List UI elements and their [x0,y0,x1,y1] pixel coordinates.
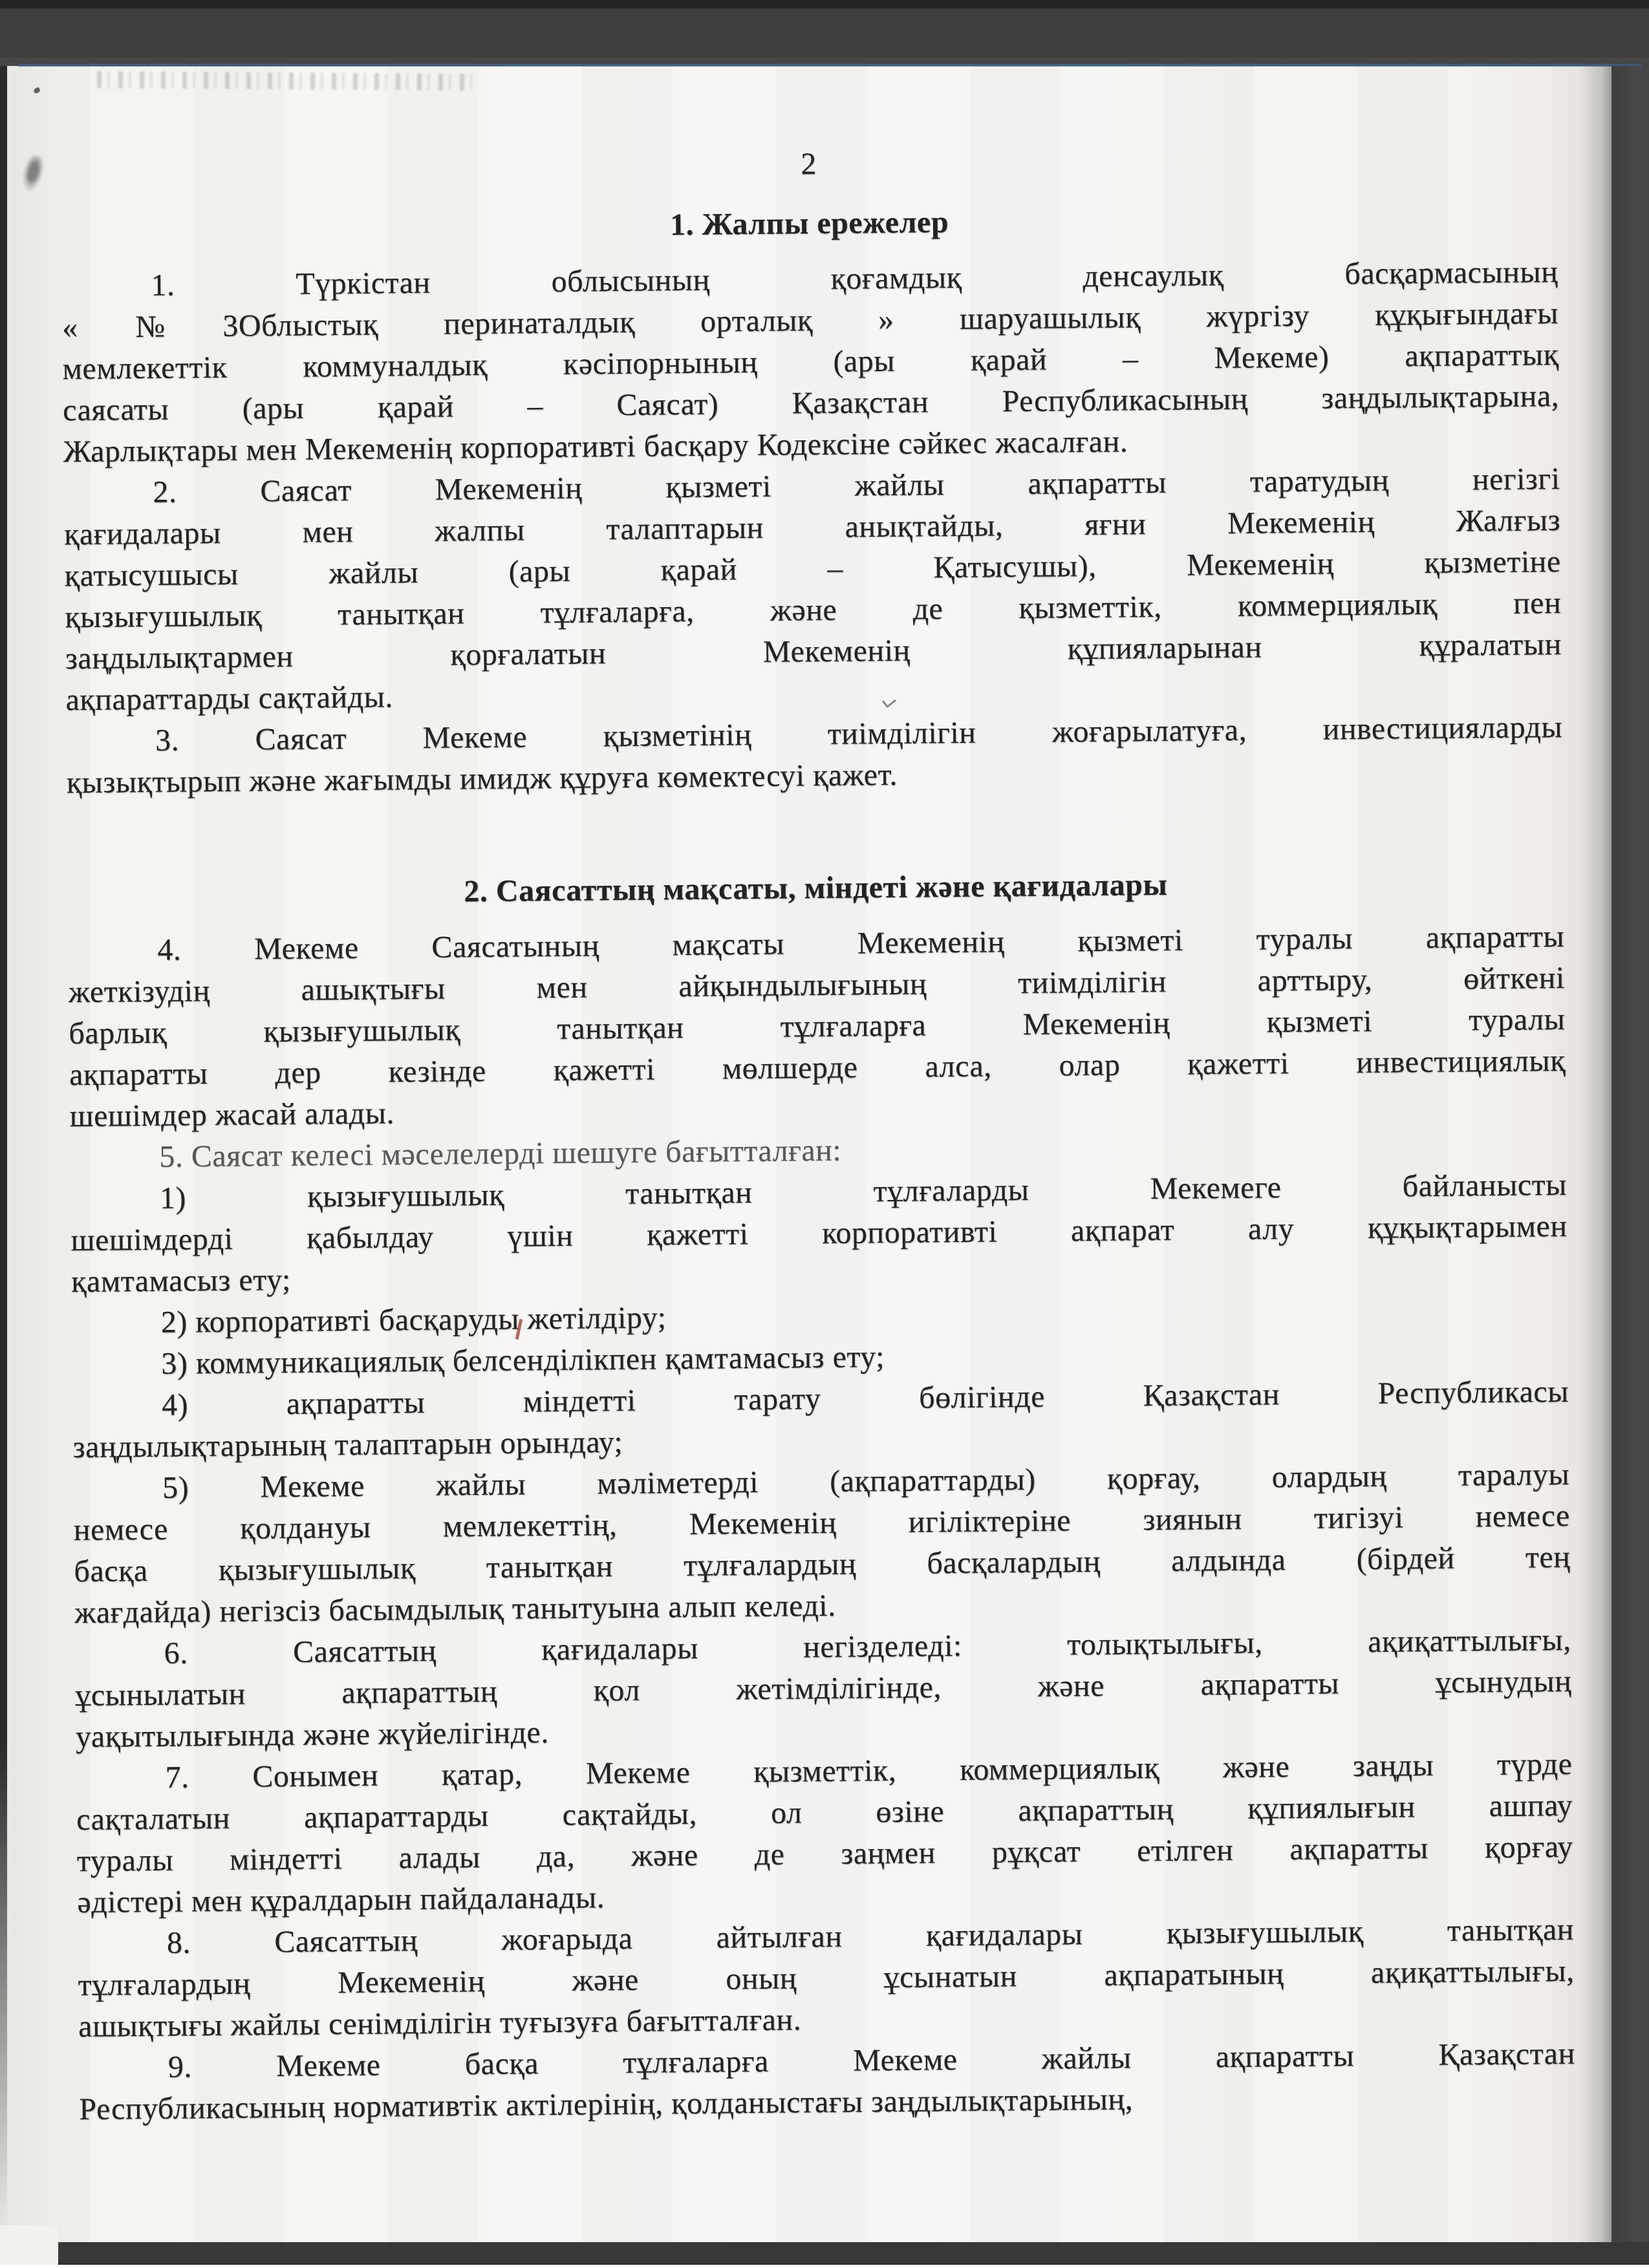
list-item-4: 4) ақпаратты міндетті тарату бөлігінде Қ… [72,1371,1569,1468]
paragraph-8: 8. Саясаттың жоғарыда айтылған қағидалар… [78,1909,1575,2048]
scanner-left-strip [0,66,7,2225]
scan-noise-speckles [97,71,472,91]
smudge-artifact [19,153,47,193]
scan-artifact-blue-line [18,64,1641,67]
list-item-1: 1) қызығушылық танытқан тұлғаларды Мекем… [70,1164,1568,1303]
paragraph-1: 1. Түркістан облысының қоғамдық денсаулы… [61,251,1560,473]
scanned-page-content: 21. Жалпы ережелер1. Түркістан облысының… [60,136,1575,2130]
section-1-heading: 1. Жалпы ережелер [61,196,1558,251]
paragraph-9: 9. Мекеме басқа тұлғаларға Мекеме жайлы … [79,2033,1576,2130]
scanned-document-page: { "document": { "language": "kk", "kind"… [0,0,1649,2268]
paragraph-6: 6. Саясаттың қағидалары негізделеді: тол… [74,1620,1572,1758]
paragraph-3: 3. Саясат Мекеме қызметінің тиімділігін … [66,707,1563,804]
page-right-edge-shadow [1578,66,1611,2246]
scanner-top-band [0,0,1649,66]
page-number: 2 [60,136,1557,192]
paragraph-4: 4. Мекеме Саясатының мақсаты Мекеменің қ… [68,916,1566,1137]
scanner-bottom-band [58,2242,1649,2265]
scan-background: 21. Жалпы ережелер1. Түркістан облысының… [0,0,1649,2268]
scan-bottom-edge [0,2265,1649,2268]
paragraph-2: 2. Саясат Мекеменің қызметі жайлы ақпара… [63,458,1562,721]
scanner-right-strip [1611,66,1649,2246]
list-item-5: 5) Мекеме жайлы мәліметерді (ақпараттард… [73,1454,1571,1634]
ink-dot-artifact [33,87,41,94]
section-2-heading: 2. Саясаттың мақсаты, міндеті және қағид… [67,861,1564,916]
page-bottom-left-edge [0,2225,58,2268]
paragraph-7: 7. Сонымен қатар, Мекеме қызметтік, комм… [76,1744,1573,1923]
